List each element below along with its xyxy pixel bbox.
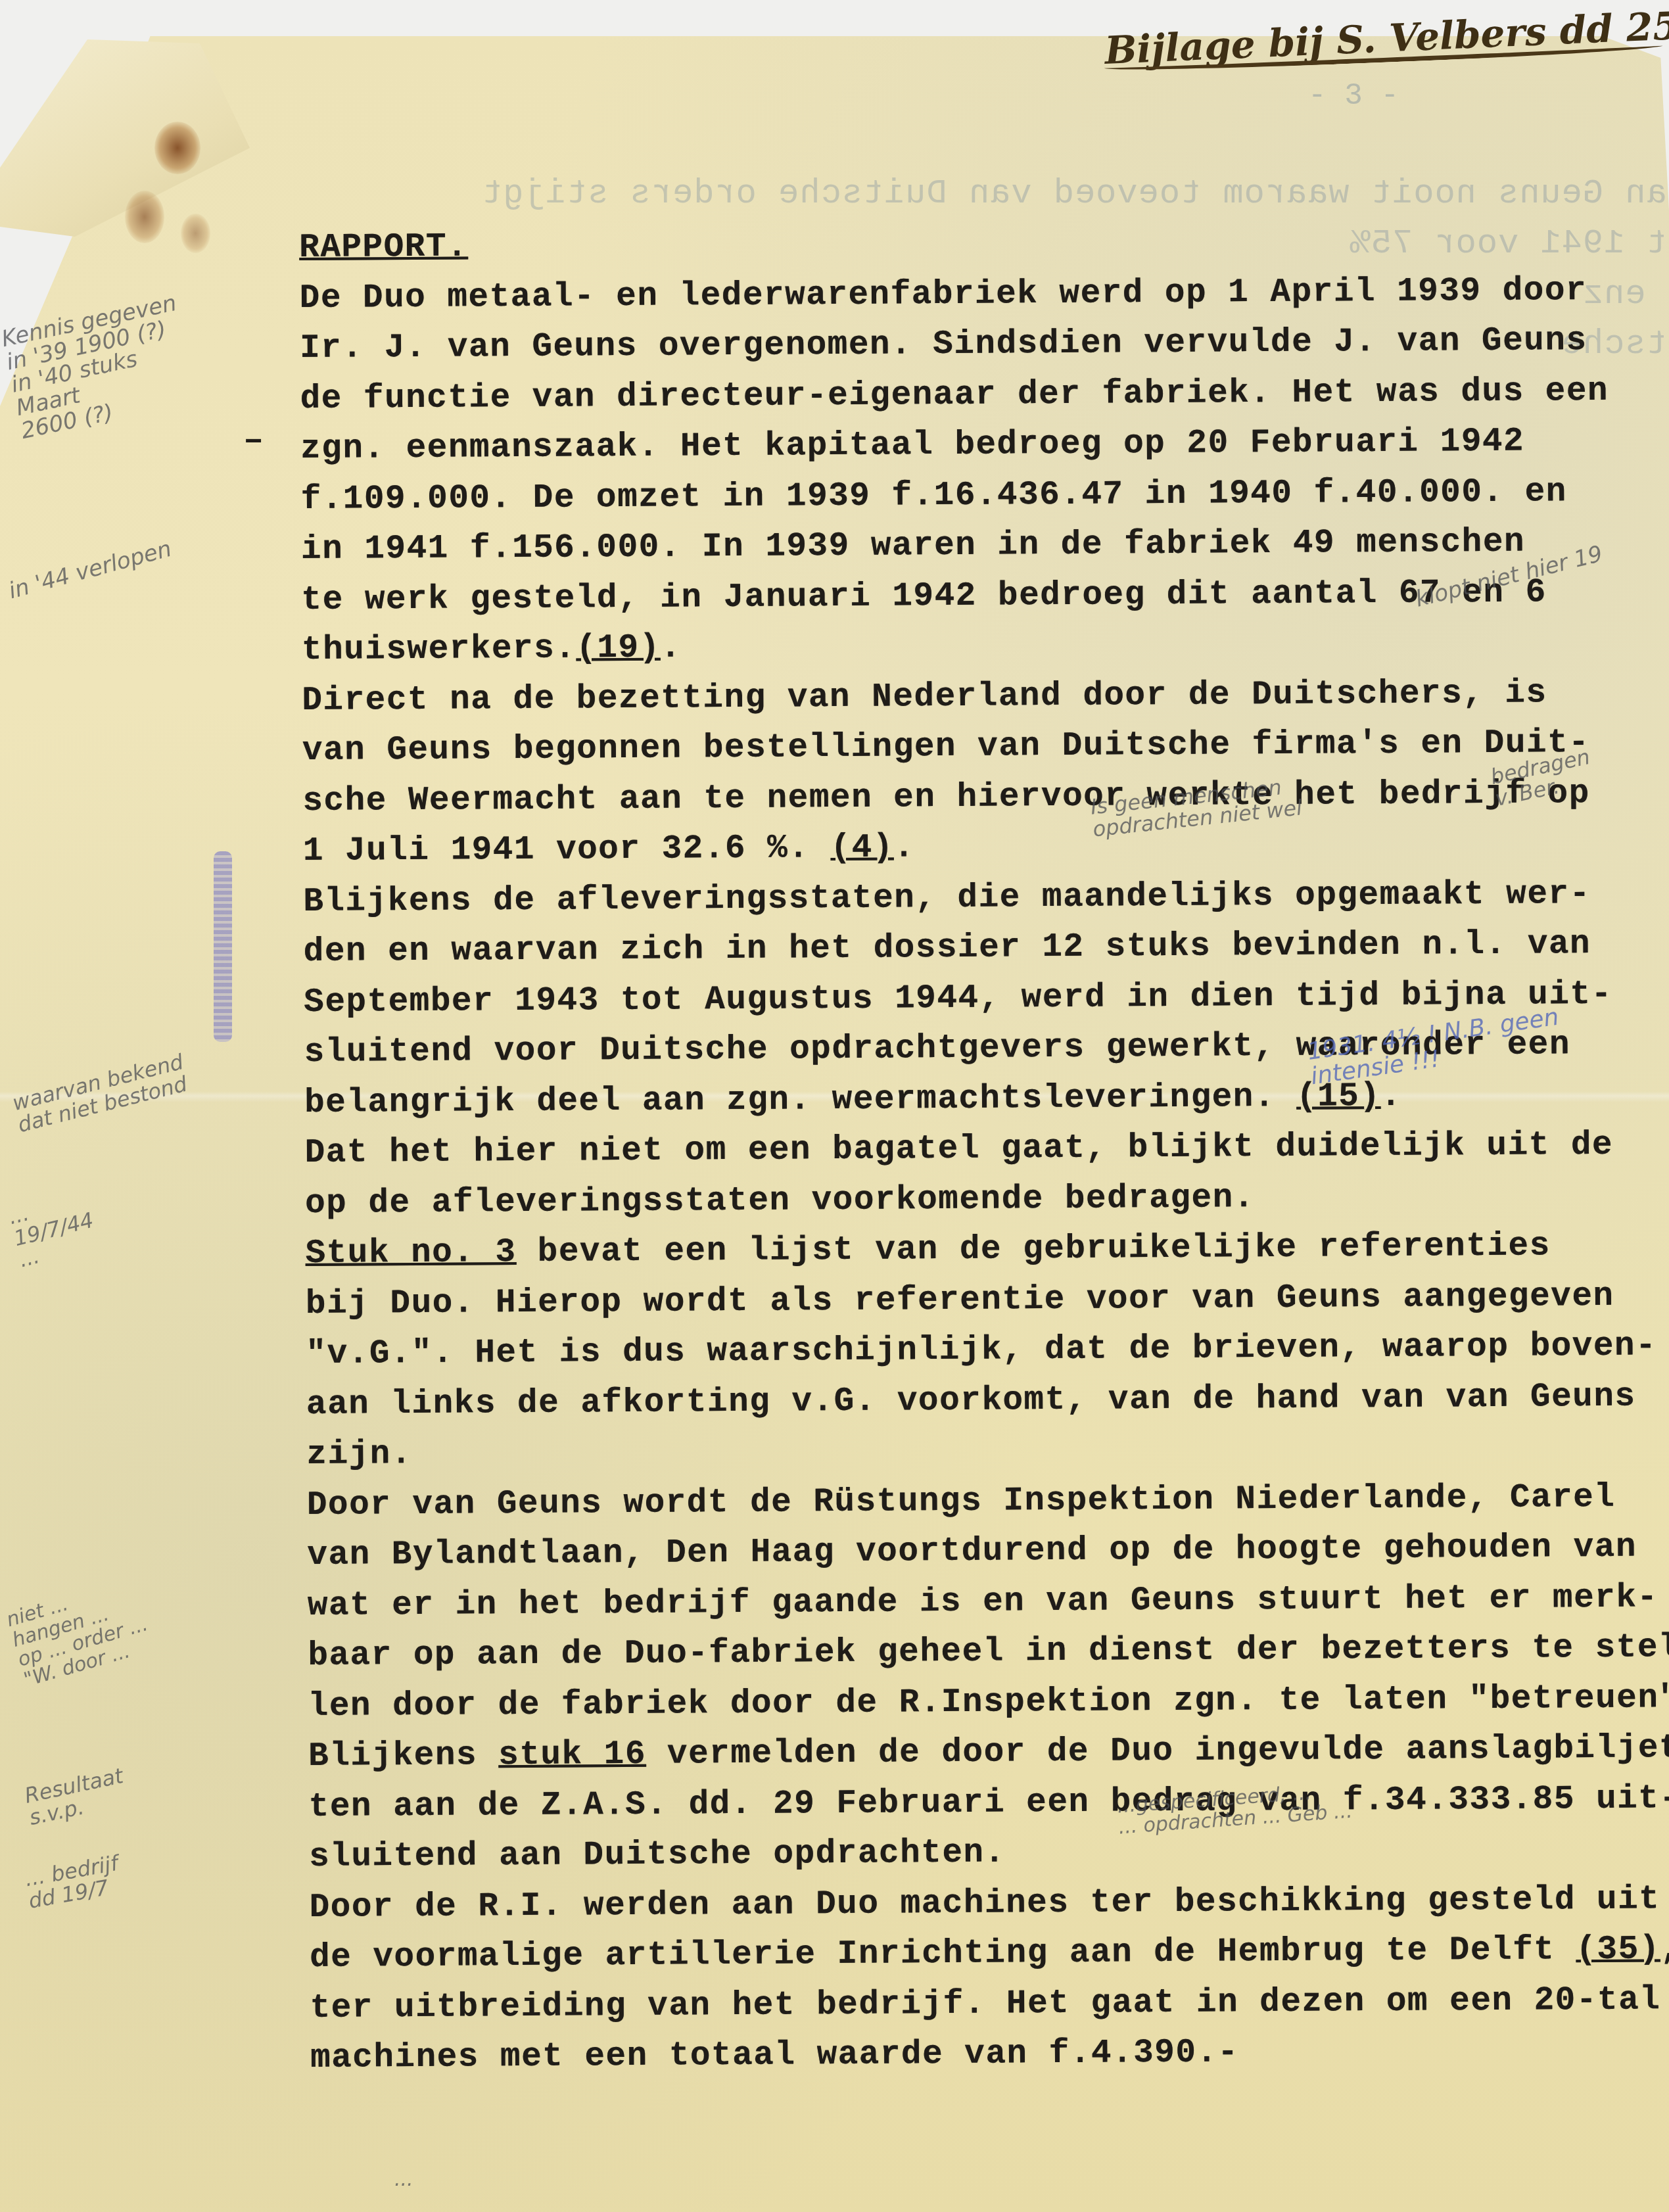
- text-line: de functie van directeur-eigenaar der fa…: [300, 366, 1614, 425]
- rust-stain: [154, 122, 200, 174]
- bottom-note: ...: [394, 2169, 413, 2190]
- text-line: Stuk no. 3 bevat een lijst van de gebrui…: [305, 1221, 1620, 1280]
- text-line: op de afleveringsstaten voorkomende bedr…: [305, 1171, 1620, 1229]
- report-title: RAPPORT.: [299, 216, 1614, 274]
- text-line: zijn.: [306, 1423, 1621, 1481]
- text-line: "v.G.". Het is dus waarschijnlijk, dat d…: [306, 1322, 1620, 1380]
- document-reference: stuk 16: [498, 1736, 646, 1774]
- reference-number: (35): [1576, 1931, 1660, 1969]
- text-line: Blijkens stuk 16 vermelden de door de Du…: [308, 1724, 1623, 1783]
- text-line: sluitend aan Duitsche opdrachten.: [309, 1825, 1624, 1883]
- page-number-bleed: - 3 -: [1308, 79, 1399, 113]
- text-line: aan links de afkorting v.G. voorkomt, va…: [306, 1372, 1621, 1430]
- text-line: len door de fabriek door de R.Inspektion…: [308, 1674, 1623, 1732]
- reference-number: (19): [576, 630, 661, 668]
- purple-crayon-mark: [214, 851, 232, 1042]
- text-line: sche Weermacht aan te nemen en hiervoor …: [302, 768, 1617, 827]
- text-line: thuiswerkers.(19).: [302, 618, 1616, 676]
- text-line: ter uitbreiding van het bedrijf. Het gaa…: [310, 1975, 1624, 2034]
- text-line: baar op aan de Duo-fabriek geheel in die…: [308, 1624, 1622, 1682]
- margin-dash-mark: –: [243, 421, 264, 460]
- text-line: belangrijk deel aan zgn. weermachtslever…: [304, 1070, 1619, 1129]
- text-line: bij Duo. Hierop wordt als referentie voo…: [306, 1271, 1620, 1330]
- text-line: machines met een totaal waarde van f.4.3…: [310, 2026, 1625, 2084]
- text-line: wat er in het bedrijf gaande is en van G…: [308, 1573, 1622, 1632]
- rust-stain: [181, 214, 210, 253]
- text-line: van Geuns begonnen bestellingen van Duit…: [302, 718, 1617, 777]
- reference-number: (4): [830, 829, 894, 867]
- text-line: Dat het hier niet om een bagatel gaat, b…: [304, 1121, 1619, 1179]
- text-line: Ir. J. van Geuns overgenomen. Sindsdien …: [300, 316, 1614, 375]
- text-line: ten aan de Z.A.S. dd. 29 Februari een be…: [308, 1774, 1623, 1833]
- text-line: in 1941 f.156.000. In 1939 waren in de f…: [301, 517, 1616, 576]
- text-line: de voormalige artillerie Inrichting aan …: [310, 1925, 1624, 1984]
- text-line: van Bylandtlaan, Den Haag voortdurend op…: [307, 1523, 1622, 1582]
- text-line: f.109.000. De omzet in 1939 f.16.436.47 …: [300, 467, 1615, 525]
- document-reference: Stuk no. 3: [305, 1234, 516, 1273]
- text-line: den en waarvan zich in het dossier 12 st…: [304, 920, 1618, 978]
- text-line: Blijkens de afleveringsstaten, die maand…: [303, 869, 1618, 928]
- typed-report-body: RAPPORT. De Duo metaal- en lederwarenfab…: [299, 216, 1625, 2084]
- text-line: De Duo metaal- en lederwarenfabriek werd…: [299, 266, 1614, 324]
- text-line: Door de R.I. werden aan Duo machines ter…: [309, 1875, 1624, 1933]
- text-line: September 1943 tot Augustus 1944, werd i…: [304, 970, 1618, 1028]
- text-line: zgn. eenmanszaak. Het kapitaal bedroeg o…: [300, 417, 1615, 475]
- text-line: Door van Geuns wordt de Rüstungs Inspekt…: [307, 1472, 1622, 1531]
- rust-stain: [125, 191, 164, 243]
- text-line: 1 Juli 1941 voor 32.6 %. (4).: [303, 819, 1618, 878]
- text-line: Direct na de bezetting van Nederland doo…: [302, 668, 1616, 726]
